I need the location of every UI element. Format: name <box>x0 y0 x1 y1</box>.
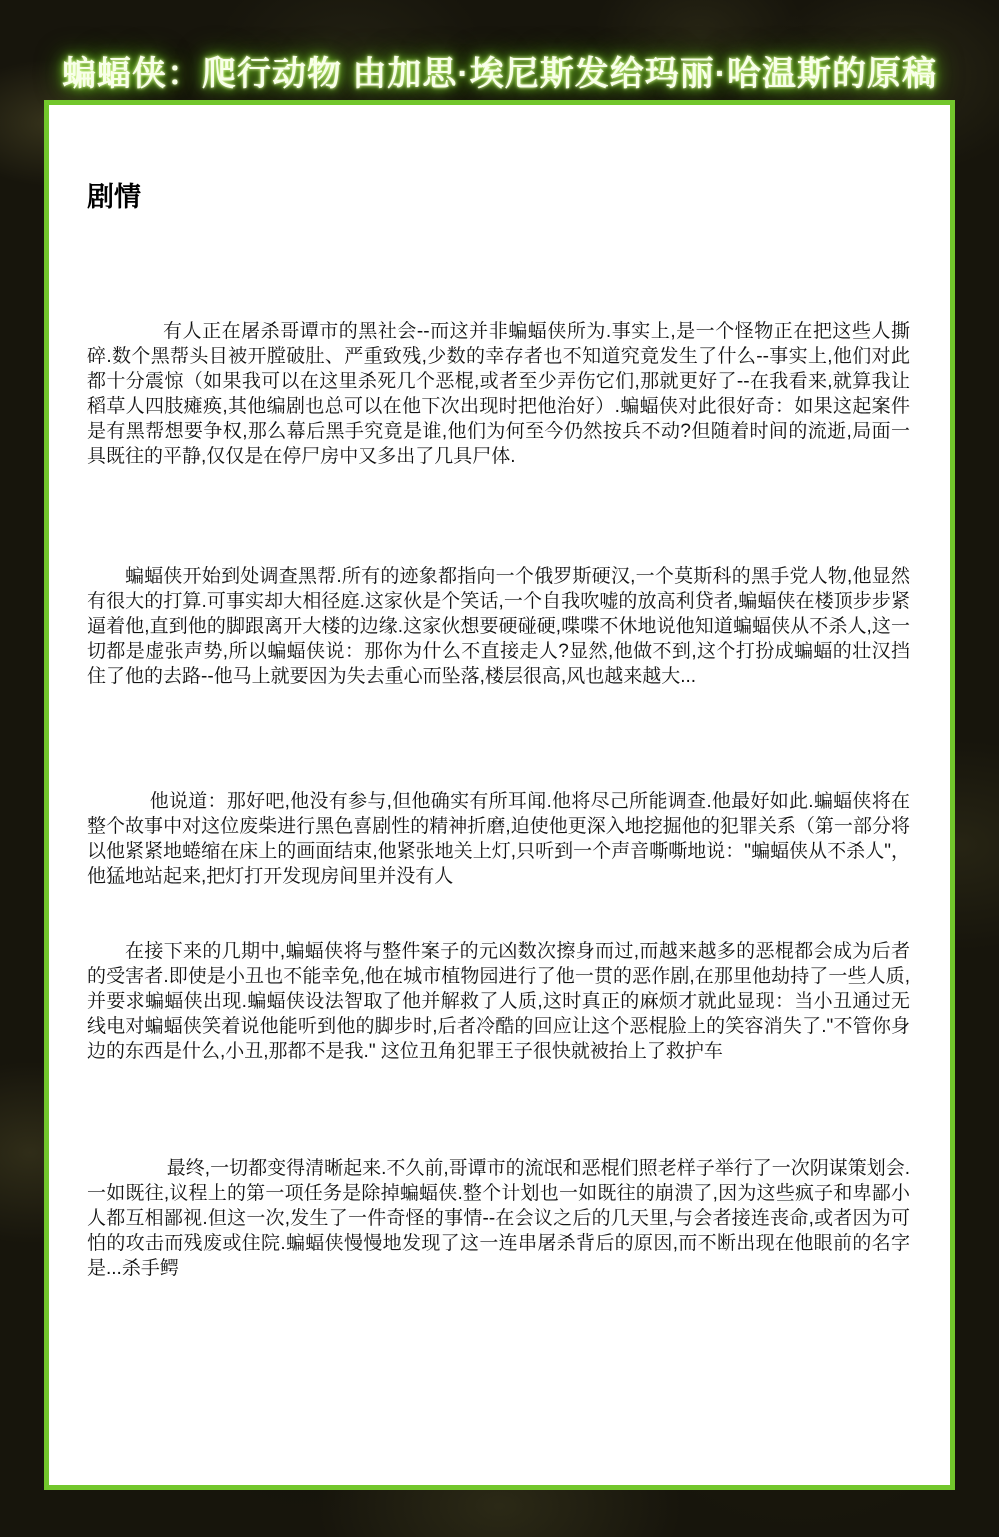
plot-paragraph-1: 有人正在屠杀哥谭市的黑社会--而这并非蝙蝠侠所为.事实上,是一个怪物正在把这些人… <box>87 319 910 469</box>
plot-paragraph-5: 最终,一切都变得清晰起来.不久前,哥谭市的流氓和恶棍们照老样子举行了一次阴谋策划… <box>87 1156 910 1281</box>
plot-paragraph-3: 他说道：那好吧,他没有参与,但他确实有所耳闻.他将尽己所能调查.他最好如此.蝙蝠… <box>87 789 910 889</box>
section-heading: 剧情 <box>87 175 910 214</box>
plot-paragraph-4: 在接下来的几期中,蝙蝠侠将与整件案子的元凶数次擦身而过,而越来越多的恶棍都会成为… <box>87 939 910 1064</box>
page-title: 蝙蝠侠：爬行动物 由加思·埃尼斯发给玛丽·哈温斯的原稿 <box>0 46 999 95</box>
content-panel: 剧情 有人正在屠杀哥谭市的黑社会--而这并非蝙蝠侠所为.事实上,是一个怪物正在把… <box>44 100 955 1490</box>
page-background: 蝙蝠侠：爬行动物 由加思·埃尼斯发给玛丽·哈温斯的原稿 剧情 有人正在屠杀哥谭市… <box>0 0 999 1537</box>
document-body: 剧情 有人正在屠杀哥谭市的黑社会--而这并非蝙蝠侠所为.事实上,是一个怪物正在把… <box>49 105 950 1281</box>
plot-paragraph-2: 蝙蝠侠开始到处调查黑帮.所有的迹象都指向一个俄罗斯硬汉,一个莫斯科的黑手党人物,… <box>87 564 910 689</box>
